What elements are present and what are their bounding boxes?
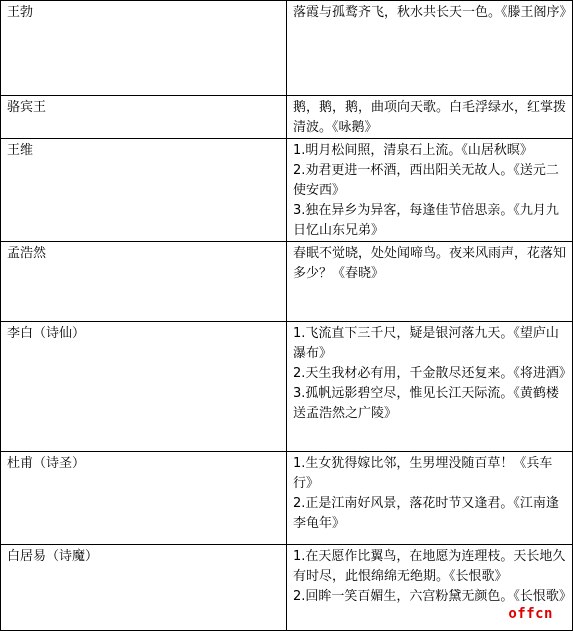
table-row: 孟浩然 春眠不觉晓，处处闻啼鸟。夜来风雨声，花落知多少？《春晓》: [1, 242, 573, 322]
verse-line: 春眠不觉晓，处处闻啼鸟。夜来风雨声，花落知多少？《春晓》: [293, 244, 566, 284]
poet-name: 王勃: [1, 1, 287, 96]
table-row: 白居易（诗魔） 1.在天愿作比翼鸟，在地愿为连理枝。天长地久有时尽，此恨绵绵无绝…: [1, 545, 573, 631]
verse-line: 2.天生我材必有用，千金散尽还复来。《将进酒》: [293, 364, 566, 384]
table-row: 王勃 落霞与孤鹜齐飞，秋水共长天一色。《滕王阁序》: [1, 1, 573, 96]
verse-line: 2.正是江南好风景，落花时节又逢君。《江南逢李龟年》: [293, 494, 566, 534]
verse-line: 1.飞流直下三千尺，疑是银河落九天。《望庐山瀑布》: [293, 324, 566, 364]
poets-table: 王勃 落霞与孤鹜齐飞，秋水共长天一色。《滕王阁序》 骆宾王 鹅，鹅，鹅，曲项向天…: [0, 0, 573, 631]
poet-name: 骆宾王: [1, 96, 287, 139]
verse-line: 3.独在异乡为异客，每逢佳节倍思亲。《九月九日忆山东兄弟》: [293, 201, 566, 241]
verse-line: 2.回眸一笑百媚生，六宫粉黛无颜色。《长恨歌》: [293, 587, 566, 607]
table-row: 杜甫（诗圣） 1.生女犹得嫁比邻，生男埋没随百草！《兵车行》 2.正是江南好风景…: [1, 452, 573, 545]
table-row: 王维 1.明月松间照，清泉石上流。《山居秋暝》 2.劝君更进一杯酒，西出阳关无故…: [1, 139, 573, 242]
verse-cell: 春眠不觉晓，处处闻啼鸟。夜来风雨声，花落知多少？《春晓》: [287, 242, 573, 322]
verse-line: 鹅，鹅，鹅，曲项向天歌。白毛浮绿水，红掌拨清波。《咏鹅》: [293, 98, 566, 138]
verse-line: 3.孤帆远影碧空尽，惟见长江天际流。《黄鹤楼送孟浩然之广陵》: [293, 384, 566, 424]
verse-line: 2.劝君更进一杯酒，西出阳关无故人。《送元二使安西》: [293, 161, 566, 201]
poet-name: 王维: [1, 139, 287, 242]
verse-cell: 1.飞流直下三千尺，疑是银河落九天。《望庐山瀑布》 2.天生我材必有用，千金散尽…: [287, 322, 573, 452]
poet-name: 白居易（诗魔）: [1, 545, 287, 631]
table-row: 李白（诗仙） 1.飞流直下三千尺，疑是银河落九天。《望庐山瀑布》 2.天生我材必…: [1, 322, 573, 452]
verse-line: 1.在天愿作比翼鸟，在地愿为连理枝。天长地久有时尽，此恨绵绵无绝期。《长恨歌》: [293, 547, 566, 587]
table-row: 骆宾王 鹅，鹅，鹅，曲项向天歌。白毛浮绿水，红掌拨清波。《咏鹅》: [1, 96, 573, 139]
verse-line: 1.明月松间照，清泉石上流。《山居秋暝》: [293, 141, 566, 161]
verse-line: 落霞与孤鹜齐飞，秋水共长天一色。《滕王阁序》: [293, 3, 566, 23]
verse-cell: 落霞与孤鹜齐飞，秋水共长天一色。《滕王阁序》: [287, 1, 573, 96]
poet-name: 李白（诗仙）: [1, 322, 287, 452]
watermark-logo: offcn: [508, 606, 553, 622]
poet-name: 杜甫（诗圣）: [1, 452, 287, 545]
verse-line: 1.生女犹得嫁比邻，生男埋没随百草！《兵车行》: [293, 454, 566, 494]
poet-name: 孟浩然: [1, 242, 287, 322]
verse-cell: 1.生女犹得嫁比邻，生男埋没随百草！《兵车行》 2.正是江南好风景，落花时节又逢…: [287, 452, 573, 545]
verse-cell: 鹅，鹅，鹅，曲项向天歌。白毛浮绿水，红掌拨清波。《咏鹅》: [287, 96, 573, 139]
verse-cell: 1.明月松间照，清泉石上流。《山居秋暝》 2.劝君更进一杯酒，西出阳关无故人。《…: [287, 139, 573, 242]
